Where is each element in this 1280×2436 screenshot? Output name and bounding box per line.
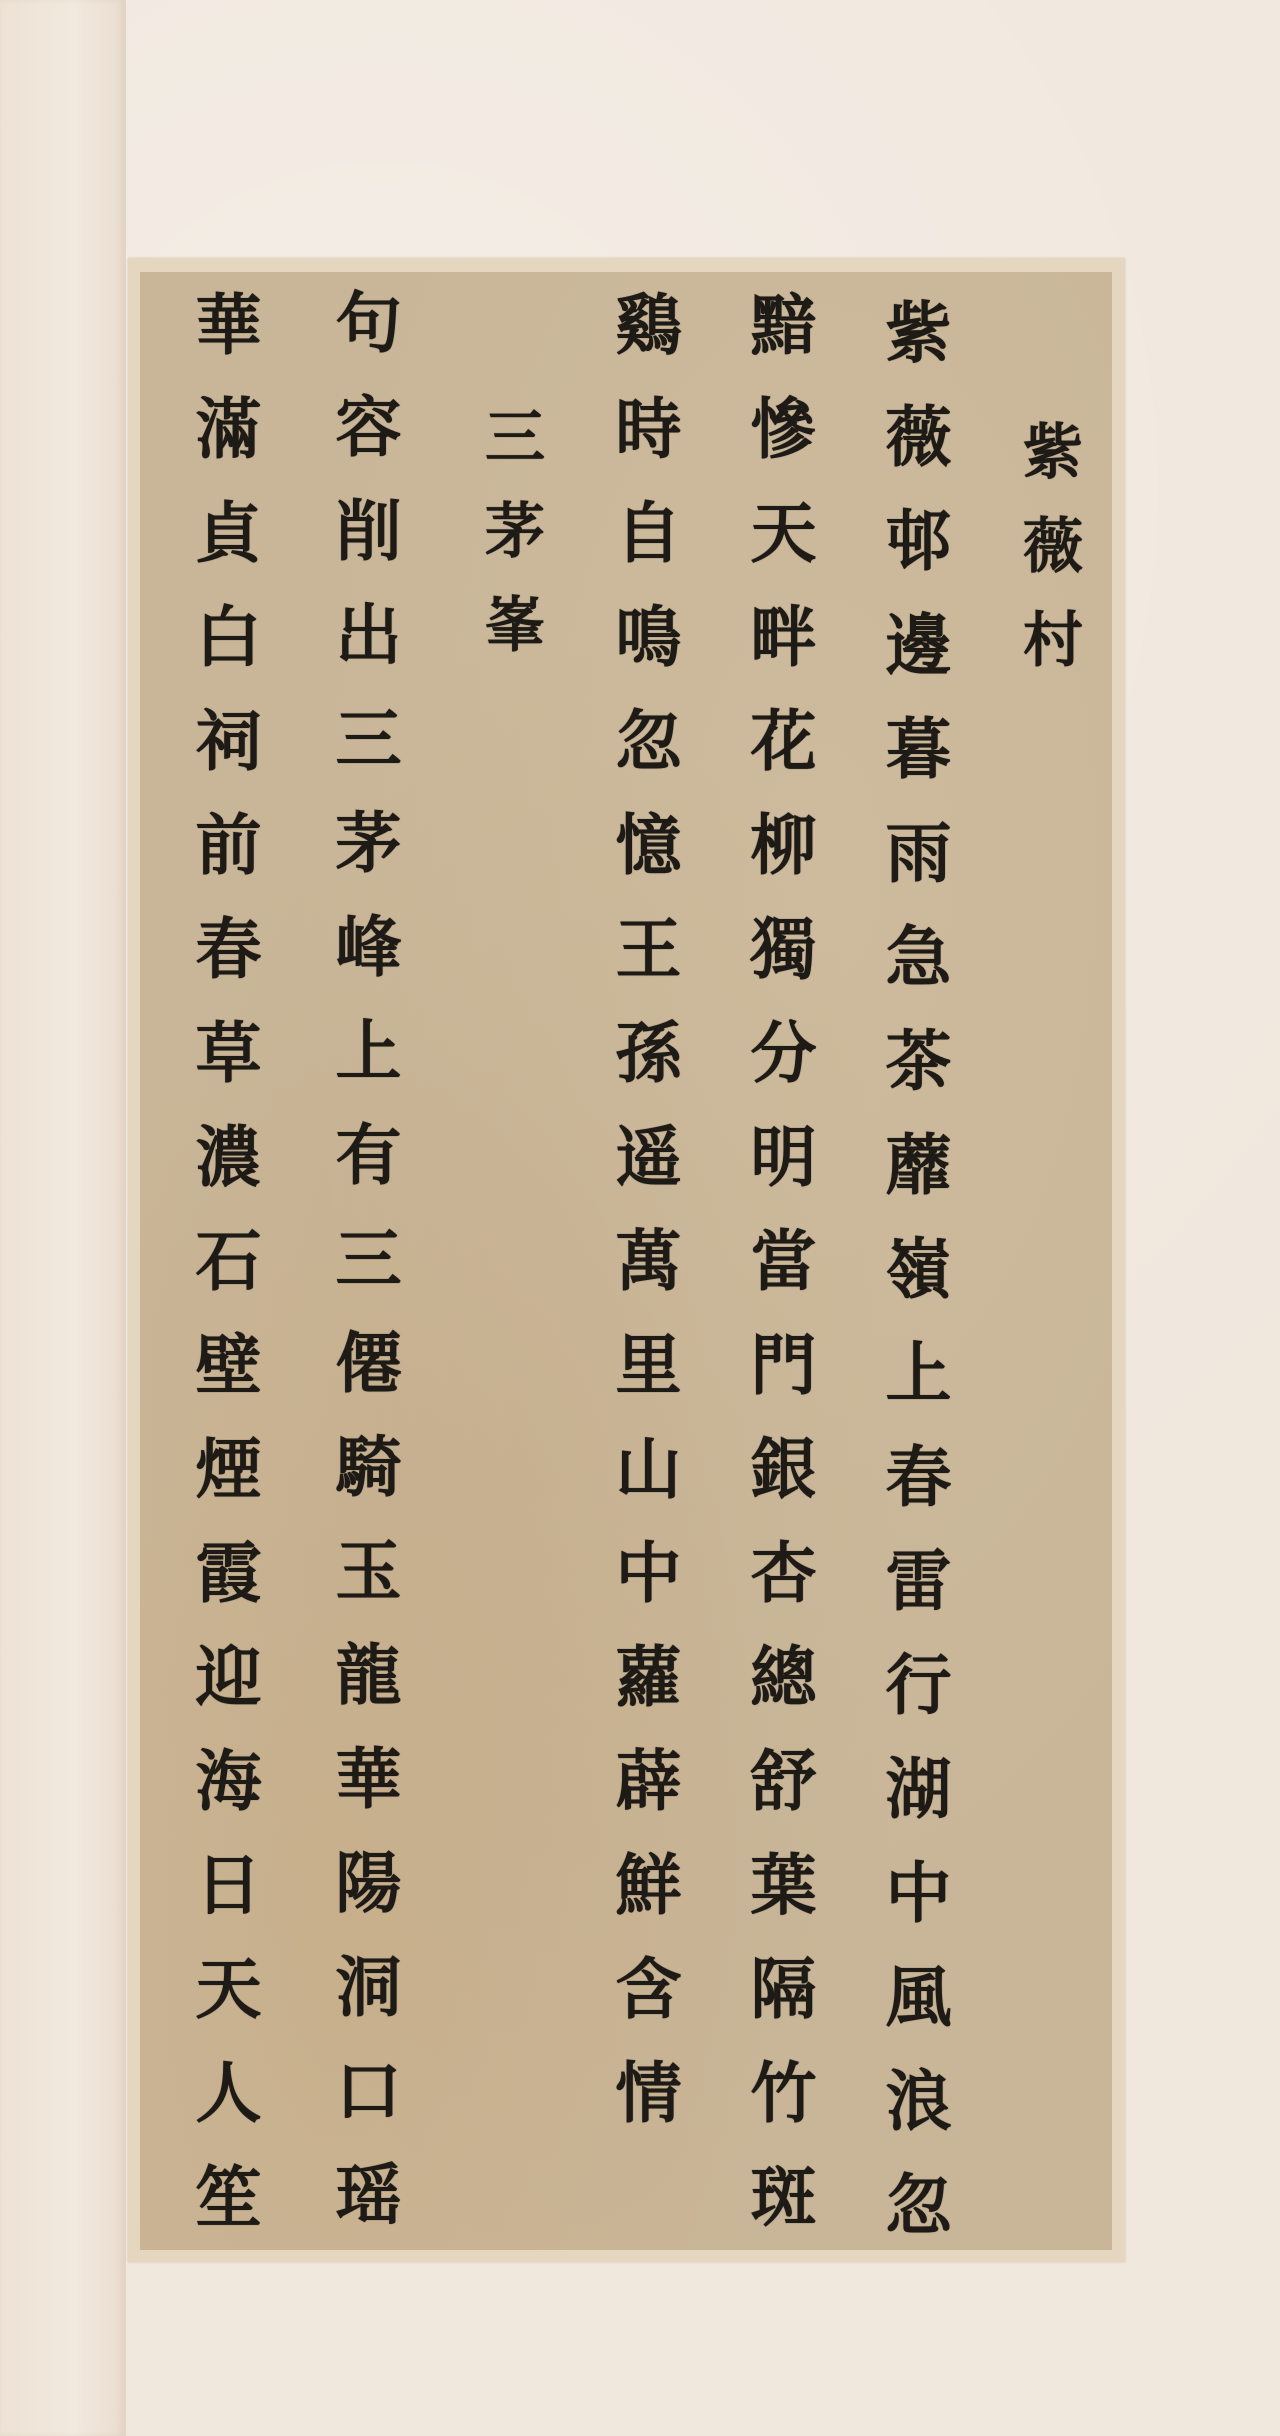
poem-title-san-mao-peak: 三茅峯: [480, 405, 540, 687]
album-fold-strip: [0, 0, 126, 2436]
poem-1-column-1: 紫薇邨邊暮雨急茶蘼嶺上春雷行湖中風浪忽: [880, 298, 946, 2274]
poem-2-column-2: 華滿貞白祠前春草濃石壁煙霞迎海日天人笙: [190, 290, 256, 2266]
album-page: 紫薇村 紫薇邨邊暮雨急茶蘼嶺上春雷行湖中風浪忽 黯慘天畔花柳獨分明當門銀杏總舒葉…: [0, 0, 1280, 2436]
poem-1-column-2: 黯慘天畔花柳獨分明當門銀杏總舒葉隔竹斑: [745, 290, 811, 2266]
poem-1-column-3: 鷄時自鳴忽憶王孫遥萬里山中蘿薜鮮含情: [610, 290, 676, 2162]
poem-title-zi-wei-village: 紫薇村: [1018, 420, 1078, 702]
poem-2-column-1: 句容削出三茅峰上有三僊騎玉龍華陽洞口瑶: [330, 288, 396, 2264]
